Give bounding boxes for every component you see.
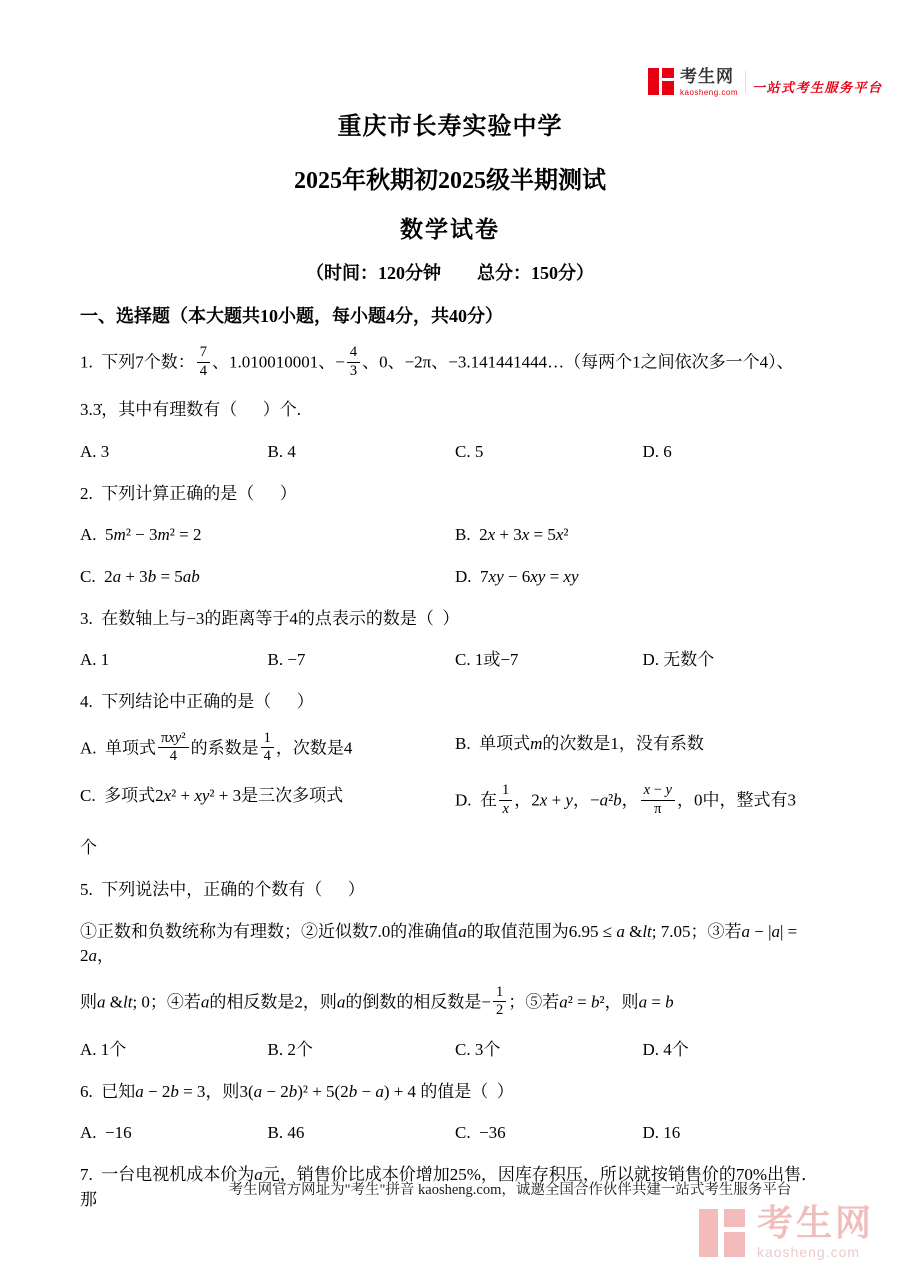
math-expression: − bbox=[481, 992, 491, 1011]
site-logo: 考生网 kaosheng.com 一站式考生服务平台 bbox=[648, 68, 883, 97]
brand-divider bbox=[745, 71, 746, 93]
text-run: C. bbox=[80, 567, 104, 586]
text-run: B. 46 bbox=[268, 1123, 305, 1142]
brand-slogan: 一站式考生服务平台 bbox=[752, 77, 883, 96]
question-2: 2. 下列计算正确的是（ ）A. 5m² − 3m² = 2B. 2x + 3x… bbox=[80, 482, 830, 590]
text-run: ，次数是4 bbox=[276, 738, 353, 757]
line-cell: 则a &lt; 0；④若a的相反数是2，则a的倒数的相反数是−12；⑤若a² =… bbox=[80, 986, 830, 1021]
text-run: C. 1或−7 bbox=[455, 650, 518, 669]
math-expression: −3 bbox=[186, 609, 204, 628]
text-run: A. −16 bbox=[80, 1123, 132, 1142]
text-run: 的相反数是2，则 bbox=[209, 992, 337, 1011]
text-run: ， bbox=[573, 790, 590, 809]
brand-text: 考生网 kaosheng.com bbox=[680, 68, 738, 97]
question-line: 5. 下列说法中，正确的个数有（ ） bbox=[80, 878, 830, 903]
fraction: πxy²4 bbox=[158, 730, 189, 765]
text-run: D. 16 bbox=[643, 1123, 681, 1142]
text-run: 的取值范围为 bbox=[467, 922, 569, 941]
logo-block bbox=[662, 81, 674, 95]
logo-block bbox=[724, 1232, 745, 1257]
option-cell: C. 3个 bbox=[455, 1038, 643, 1063]
brand-domain: kaosheng.com bbox=[680, 88, 738, 97]
kaosheng-logo-icon bbox=[648, 68, 675, 95]
option-cell: D. 7xy − 6xy = xy bbox=[455, 565, 830, 590]
watermark-brand: 考生网 bbox=[757, 1205, 874, 1241]
option-cell: A. 单项式πxy²4的系数是14，次数是4 bbox=[80, 732, 455, 767]
fraction-numerator: 7 bbox=[197, 344, 210, 363]
question-4: 4. 下列结论中正确的是（ ）A. 单项式πxy²4的系数是14，次数是4B. … bbox=[80, 690, 830, 861]
logo-block bbox=[648, 68, 659, 95]
option-cell: B. 46 bbox=[268, 1121, 456, 1146]
math-expression: m bbox=[530, 734, 542, 753]
fraction-numerator: 4 bbox=[347, 344, 360, 363]
math-expression: a bbox=[458, 922, 467, 941]
text-run: A. 单项式 bbox=[80, 738, 156, 757]
text-run: 5. 下列说法中，正确的个数有（ ） bbox=[80, 880, 365, 899]
question-list: 1. 下列7个数：74、1.010010001、−43、0、−2π、−3.141… bbox=[80, 346, 830, 1212]
text-run: A. 3 bbox=[80, 442, 109, 461]
text-run: 的值是（ ） bbox=[416, 1082, 514, 1101]
logo-block bbox=[724, 1209, 745, 1227]
subject-title: 数学试卷 bbox=[0, 211, 900, 244]
option-cell: B. 2个 bbox=[268, 1038, 456, 1063]
text-run: ；③若 bbox=[691, 922, 742, 941]
math-expression: 5m² − 3m² = 2 bbox=[105, 525, 201, 544]
watermark-logo: 考生网 kaosheng.com bbox=[699, 1205, 874, 1260]
math-expression: a = b bbox=[639, 992, 674, 1011]
fraction: 12 bbox=[493, 984, 506, 1019]
exam-content: 一、选择题（本大题共10小题，每小题4分，共40分） 1. 下列7个数：74、1… bbox=[80, 303, 830, 1212]
fraction-denominator: 4 bbox=[158, 748, 189, 765]
question-line: 则a &lt; 0；④若a的相反数是2，则a的倒数的相反数是−12；⑤若a² =… bbox=[80, 986, 830, 1021]
text-run: ， bbox=[622, 790, 639, 809]
text-run: ，则 bbox=[205, 1082, 239, 1101]
fraction-numerator: 1 bbox=[493, 984, 506, 1003]
question-line: ①正数和负数统称为有理数；②近似数7.0的准确值a的取值范围为6.95 ≤ a … bbox=[80, 920, 830, 969]
option-cell: D. 6 bbox=[643, 440, 831, 465]
text-run: C. 3个 bbox=[455, 1040, 500, 1059]
option-cell: B. −7 bbox=[268, 648, 456, 673]
section-heading: 一、选择题（本大题共10小题，每小题4分，共40分） bbox=[80, 303, 830, 329]
text-run: A. 1个 bbox=[80, 1040, 126, 1059]
text-run: D. 无数个 bbox=[643, 650, 715, 669]
options-row: A. 3B. 4C. 5D. 6 bbox=[80, 440, 830, 465]
question-line: 3. 在数轴上与−3的距离等于4的点表示的数是（ ） bbox=[80, 607, 830, 632]
option-cell: C. −36 bbox=[455, 1121, 643, 1146]
option-cell: B. 4 bbox=[268, 440, 456, 465]
option-cell: C. 1或−7 bbox=[455, 648, 643, 673]
line-cell: 4. 下列结论中正确的是（ ） bbox=[80, 690, 830, 715]
text-run: 是三次多项式 bbox=[241, 786, 343, 805]
text-run: B. 4 bbox=[268, 442, 296, 461]
options-row: C. 多项式2x² + xy² + 3是三次多项式D. 在1x，2x + y，−… bbox=[80, 784, 830, 819]
text-run: D. 6 bbox=[643, 442, 672, 461]
text-run: A. bbox=[80, 525, 105, 544]
option-cell: B. 2x + 3x = 5x² bbox=[455, 523, 830, 548]
fraction: x − yπ bbox=[641, 782, 675, 817]
text-run: 个 bbox=[80, 838, 97, 857]
options-row: A. −16B. 46C. −36D. 16 bbox=[80, 1121, 830, 1146]
line-cell: 个 bbox=[80, 836, 830, 861]
math-expression: 2x² + xy² + 3 bbox=[155, 786, 241, 805]
exam-session-title: 2025年秋期初2025级半期测试 bbox=[0, 160, 900, 195]
text-run: 3. 在数轴上与 bbox=[80, 609, 186, 628]
text-run: B. 单项式 bbox=[455, 734, 530, 753]
fraction-denominator: 3 bbox=[347, 363, 360, 380]
fraction-denominator: 4 bbox=[197, 363, 210, 380]
option-cell: D. 无数个 bbox=[643, 648, 831, 673]
math-expression: − bbox=[335, 353, 345, 372]
question-6: 6. 已知a − 2b = 3，则3(a − 2b)² + 5(2b − a) … bbox=[80, 1080, 830, 1146]
question-line: 个 bbox=[80, 836, 830, 861]
fraction-denominator: 2 bbox=[493, 1002, 506, 1019]
option-cell: C. 多项式2x² + xy² + 3是三次多项式 bbox=[80, 784, 455, 819]
exam-header: 重庆市长寿实验中学 2025年秋期初2025级半期测试 数学试卷 （时间：120… bbox=[0, 0, 900, 285]
text-run: ①正数和负数统称为有理数；②近似数7.0的准确值 bbox=[80, 922, 458, 941]
option-cell: D. 16 bbox=[643, 1121, 831, 1146]
text-run: 6. 已知 bbox=[80, 1082, 135, 1101]
footer-note: 考生网官方网址为"考生"拼音 kaosheng.com，诚邀全国合作伙伴共建一站… bbox=[160, 1178, 860, 1199]
text-run: D. 4个 bbox=[643, 1040, 689, 1059]
options-row: A. 1B. −7C. 1或−7D. 无数个 bbox=[80, 648, 830, 673]
option-cell: D. 在1x，2x + y，−a²b，x − yπ，0中，整式有3 bbox=[455, 784, 830, 819]
text-run: A. 1 bbox=[80, 650, 109, 669]
math-expression: 2x + y bbox=[531, 790, 573, 809]
text-run: ， bbox=[514, 790, 531, 809]
watermark-domain: kaosheng.com bbox=[757, 1244, 874, 1260]
question-line: 3.3̇，其中有理数有（ ）个. bbox=[80, 398, 830, 423]
kaosheng-watermark-icon bbox=[699, 1209, 747, 1257]
line-cell: 1. 下列7个数：74、1.010010001、−43、0、−2π、−3.141… bbox=[80, 346, 830, 381]
math-expression: 6.95 ≤ a &lt; 7.05 bbox=[569, 922, 691, 941]
fraction: 14 bbox=[261, 730, 274, 765]
text-run: 、0、 bbox=[362, 353, 405, 372]
question-3: 3. 在数轴上与−3的距离等于4的点表示的数是（ ）A. 1B. −7C. 1或… bbox=[80, 607, 830, 673]
question-line: 2. 下列计算正确的是（ ） bbox=[80, 482, 830, 507]
option-cell: A. −16 bbox=[80, 1121, 268, 1146]
fraction: 74 bbox=[197, 344, 210, 379]
text-run: ；⑤若 bbox=[508, 992, 559, 1011]
text-run: D. bbox=[455, 567, 480, 586]
option-cell: C. 5 bbox=[455, 440, 643, 465]
fraction-denominator: x bbox=[499, 801, 512, 818]
fraction-numerator: 1 bbox=[499, 782, 512, 801]
text-run: C. 5 bbox=[455, 442, 483, 461]
math-expression: 3.3̇ bbox=[80, 400, 101, 419]
text-run: 1. 下列7个数： bbox=[80, 353, 195, 372]
text-run: 的倒数的相反数是 bbox=[345, 992, 481, 1011]
line-cell: 3. 在数轴上与−3的距离等于4的点表示的数是（ ） bbox=[80, 607, 830, 632]
option-cell: A. 1个 bbox=[80, 1038, 268, 1063]
text-run: C. 多项式 bbox=[80, 786, 155, 805]
logo-block bbox=[699, 1209, 718, 1257]
math-expression: −a²b bbox=[590, 790, 622, 809]
text-run: 则 bbox=[80, 992, 97, 1011]
text-run: 、 bbox=[431, 353, 448, 372]
line-cell: 3.3̇，其中有理数有（ ）个. bbox=[80, 398, 830, 423]
options-row: C. 2a + 3b = 5abD. 7xy − 6xy = xy bbox=[80, 565, 830, 590]
fraction-denominator: π bbox=[641, 801, 675, 818]
line-cell: 6. 已知a − 2b = 3，则3(a − 2b)² + 5(2b − a) … bbox=[80, 1080, 830, 1105]
question-1: 1. 下列7个数：74、1.010010001、−43、0、−2π、−3.141… bbox=[80, 346, 830, 465]
text-run: 、1.010010001、 bbox=[212, 353, 335, 372]
math-expression: a &lt; 0 bbox=[97, 992, 150, 1011]
math-expression: a² = b² bbox=[559, 992, 604, 1011]
fraction-numerator: 1 bbox=[261, 730, 274, 749]
math-expression: 7xy − 6xy = xy bbox=[480, 567, 578, 586]
math-expression: 3(a − 2b)² + 5(2b − a) + 4 bbox=[239, 1082, 416, 1101]
option-cell: A. 3 bbox=[80, 440, 268, 465]
math-expression: −3.141441444… bbox=[448, 353, 564, 372]
text-run: B. bbox=[455, 525, 479, 544]
option-cell: A. 1 bbox=[80, 648, 268, 673]
math-expression: −2π bbox=[405, 353, 432, 372]
options-row: A. 5m² − 3m² = 2B. 2x + 3x = 5x² bbox=[80, 523, 830, 548]
text-run: （每两个1之间依次多一个4）、 bbox=[564, 353, 794, 372]
text-run: ， bbox=[97, 946, 114, 965]
text-run: D. 在 bbox=[455, 790, 497, 809]
text-run: B. 2个 bbox=[268, 1040, 313, 1059]
watermark-text: 考生网 kaosheng.com bbox=[757, 1205, 874, 1260]
math-expression: 2a + 3b = 5ab bbox=[104, 567, 200, 586]
logo-block bbox=[662, 68, 674, 78]
text-run: 的次数是1，没有系数 bbox=[542, 734, 704, 753]
fraction-denominator: 4 bbox=[261, 748, 274, 765]
text-run: 2. 下列计算正确的是（ ） bbox=[80, 484, 297, 503]
text-run: ，其中有理数有（ ）个. bbox=[101, 400, 301, 419]
line-cell: 5. 下列说法中，正确的个数有（ ） bbox=[80, 878, 830, 903]
fraction: 43 bbox=[347, 344, 360, 379]
math-expression: a − 2b = 3 bbox=[135, 1082, 205, 1101]
text-run: 4. 下列结论中正确的是（ ） bbox=[80, 692, 314, 711]
text-run: 的距离等于4的点表示的数是（ ） bbox=[204, 609, 459, 628]
brand-name: 考生网 bbox=[680, 68, 738, 85]
question-line: 4. 下列结论中正确的是（ ） bbox=[80, 690, 830, 715]
question-line: 6. 已知a − 2b = 3，则3(a − 2b)² + 5(2b − a) … bbox=[80, 1080, 830, 1105]
exam-meta: （时间：120分钟 总分：150分） bbox=[0, 259, 900, 285]
option-cell: B. 单项式m的次数是1，没有系数 bbox=[455, 732, 830, 767]
option-cell: D. 4个 bbox=[643, 1038, 831, 1063]
line-cell: ①正数和负数统称为有理数；②近似数7.0的准确值a的取值范围为6.95 ≤ a … bbox=[80, 920, 830, 969]
text-run: C. −36 bbox=[455, 1123, 506, 1142]
options-row: A. 1个B. 2个C. 3个D. 4个 bbox=[80, 1038, 830, 1063]
option-cell: A. 5m² − 3m² = 2 bbox=[80, 523, 455, 548]
question-line: 1. 下列7个数：74、1.010010001、−43、0、−2π、−3.141… bbox=[80, 346, 830, 381]
fraction-numerator: x − y bbox=[641, 782, 675, 801]
text-run: ；④若 bbox=[150, 992, 201, 1011]
fraction-numerator: πxy² bbox=[158, 730, 189, 749]
math-expression: 2x + 3x = 5x² bbox=[479, 525, 568, 544]
text-run: B. −7 bbox=[268, 650, 306, 669]
text-run: ，则 bbox=[605, 992, 639, 1011]
text-run: 的系数是 bbox=[191, 738, 259, 757]
text-run: ，0中，整式有3 bbox=[677, 790, 796, 809]
option-cell: C. 2a + 3b = 5ab bbox=[80, 565, 455, 590]
fraction: 1x bbox=[499, 782, 512, 817]
line-cell: 2. 下列计算正确的是（ ） bbox=[80, 482, 830, 507]
question-5: 5. 下列说法中，正确的个数有（ ）①正数和负数统称为有理数；②近似数7.0的准… bbox=[80, 878, 830, 1063]
options-row: A. 单项式πxy²4的系数是14，次数是4B. 单项式m的次数是1，没有系数 bbox=[80, 732, 830, 767]
